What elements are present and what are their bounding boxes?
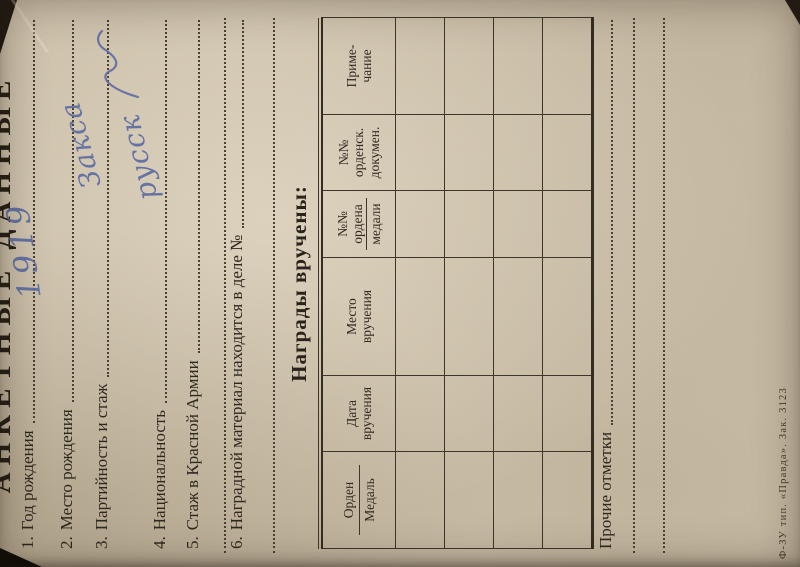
table-cell (543, 18, 593, 115)
table-cell (445, 115, 494, 191)
table-cell (396, 18, 445, 115)
col-header-line: вручения (359, 259, 374, 374)
form-item-army-service: 5. Стаж в Красной Армии (183, 20, 203, 549)
col-header-note: Приме- чание (322, 18, 396, 115)
table-row (494, 18, 543, 549)
col-header-line: Место (344, 259, 359, 374)
table-cell (396, 115, 445, 191)
awards-table: Орден Медаль Дата вручения Место вручени… (321, 17, 594, 549)
table-cell (396, 258, 445, 376)
form-item-nationality: 4. Национальность (150, 20, 170, 549)
table-cell (396, 191, 445, 258)
col-header-line: №№ (336, 116, 351, 189)
item-number: 1. (18, 536, 38, 549)
col-header-date: Дата вручения (322, 376, 396, 452)
table-cell (494, 258, 543, 376)
form-page: АНКЕТНЫЕ ДАННЫЕ 1. Год рождения 2. Место… (0, 0, 800, 567)
handwriting-flourish (94, 27, 146, 99)
col-header-order-medal: Орден Медаль (322, 452, 396, 549)
dotted-leader (611, 20, 613, 425)
item-label: Год рождения (18, 430, 38, 530)
dotted-leader (198, 20, 200, 353)
table-cell (494, 452, 543, 549)
awards-heading: Награды вручены: (287, 0, 312, 567)
dotted-leader (242, 20, 244, 228)
form-item-award-file: 6. Наградной материал находится в деле № (227, 20, 247, 549)
col-header-line: орденск. (351, 116, 366, 189)
col-header-line: ордена (350, 192, 365, 256)
dotted-leader (165, 20, 167, 403)
item-number: 4. (150, 536, 170, 549)
photo-frame: АНКЕТНЫЕ ДАННЫЕ 1. Год рождения 2. Место… (0, 0, 800, 567)
dotted-rule (663, 18, 665, 553)
item-number: 2. (57, 536, 77, 549)
item-number: 3. (92, 536, 112, 549)
item-number: 5. (183, 536, 203, 549)
item-label: Стаж в Красной Армии (183, 360, 203, 530)
col-header-line: медали (368, 192, 383, 256)
fraction-rule (366, 198, 367, 250)
dotted-rule (224, 18, 226, 553)
col-header-order-number: №№ ордена медали (322, 191, 396, 258)
col-header-line: вручения (359, 377, 374, 450)
dotted-rule (633, 18, 635, 553)
table-cell (543, 452, 593, 549)
table-cell (543, 115, 593, 191)
table-cell (445, 18, 494, 115)
table-cell (445, 452, 494, 549)
awards-table-wrap: Орден Медаль Дата вручения Место вручени… (318, 18, 594, 549)
col-header-line: Орден (341, 453, 356, 547)
table-cell (494, 191, 543, 258)
fraction-rule (359, 465, 360, 535)
dotted-rule (273, 18, 275, 553)
table-cell (396, 376, 445, 452)
other-notes-row: Прочие отметки (596, 20, 616, 549)
table-header-row: Орден Медаль Дата вручения Место вручени… (322, 18, 396, 549)
table-cell (543, 191, 593, 258)
table-row (543, 18, 593, 549)
col-header-line: Дата (344, 377, 359, 450)
item-number: 6. (227, 536, 247, 549)
printer-imprint: Ф-ЗУ тип. «Правда». Зак. 3123 (778, 387, 789, 559)
col-header-line: чание (359, 19, 374, 113)
form-item-party: 3. Партийность и стаж (92, 20, 112, 549)
item-label: Партийность и стаж (92, 384, 112, 531)
form-item-birthplace: 2. Место рождения (57, 20, 77, 549)
table-row (396, 18, 445, 549)
item-label: Национальность (150, 410, 170, 530)
table-cell (445, 376, 494, 452)
col-header-document-number: №№ орденск. докумен. (322, 115, 396, 191)
col-header-line: №№ (335, 192, 350, 256)
table-cell (445, 191, 494, 258)
dotted-leader (72, 20, 74, 402)
table-cell (494, 376, 543, 452)
item-label: Наградной материал находится в деле № (227, 235, 247, 531)
table-row (445, 18, 494, 549)
item-label: Место рождения (57, 409, 77, 530)
table-cell (445, 258, 494, 376)
col-header-line: Медаль (362, 453, 377, 547)
col-header-place: Место вручения (322, 258, 396, 376)
col-header-line: Приме- (344, 19, 359, 113)
col-header-line: докумен. (367, 116, 382, 189)
table-cell (543, 258, 593, 376)
table-cell (494, 18, 543, 115)
table-cell (494, 115, 543, 191)
table-cell (396, 452, 445, 549)
table-cell (543, 376, 593, 452)
other-notes-label: Прочие отметки (596, 432, 616, 549)
